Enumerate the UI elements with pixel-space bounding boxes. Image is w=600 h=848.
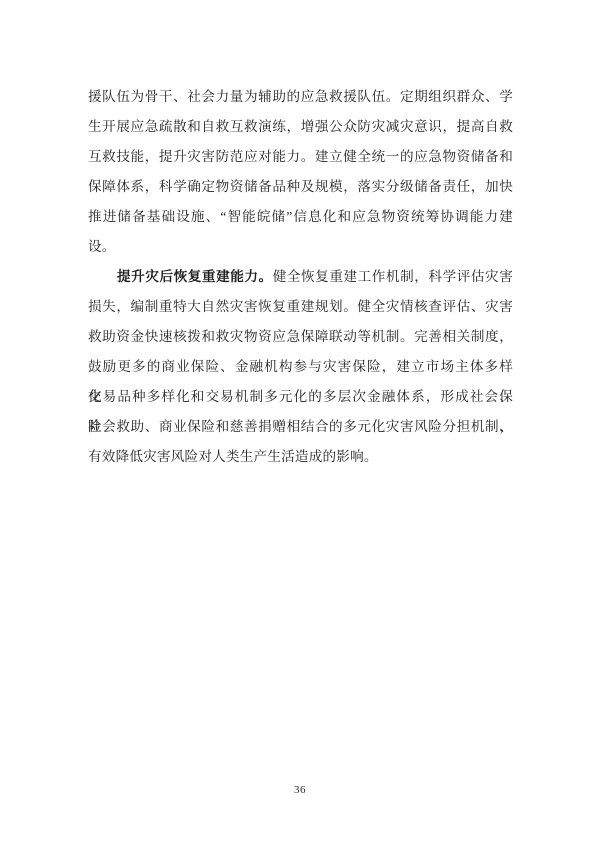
document-page: 援队伍为骨干、社会力量为辅助的应急救援队伍。定期组织群众、学 生开展应急疏散和自… (0, 0, 600, 848)
page-number: 36 (0, 784, 600, 796)
paragraph-bold-lead: 提升灾后恢复重建能力。 (117, 269, 273, 284)
text-line: 生开展应急疏散和自救互救演练，增强公众防灾减灾意识，提高自救 (88, 112, 513, 142)
text-line: 交易品种多样化和交易机制多元化的多层次金融体系，形成社会保险、 (88, 382, 513, 412)
text-line: 有效降低灾害风险对人类生产生活造成的影响。 (88, 442, 513, 472)
body-text: 援队伍为骨干、社会力量为辅助的应急救援队伍。定期组织群众、学 生开展应急疏散和自… (88, 82, 513, 472)
text-line: 互救技能，提升灾害防范应对能力。建立健全统一的应急物资储备和 (88, 142, 513, 172)
text-line: 救助资金快速核拨和救灾物资应急保障联动等机制。完善相关制度， (88, 322, 513, 352)
text-line: 设。 (88, 232, 513, 262)
text-line: 援队伍为骨干、社会力量为辅助的应急救援队伍。定期组织群众、学 (88, 82, 513, 112)
paragraph-recovery-capability: 提升灾后恢复重建能力。健全恢复重建工作机制，科学评估灾害 损失，编制重特大自然灾… (88, 262, 513, 472)
paragraph-continuation: 援队伍为骨干、社会力量为辅助的应急救援队伍。定期组织群众、学 生开展应急疏散和自… (88, 82, 513, 262)
text-line: 推进储备基础设施、“智能皖储”信息化和应急物资统筹协调能力建 (88, 202, 513, 232)
text-line: 保障体系，科学确定物资储备品种及规模，落实分级储备责任，加快 (88, 172, 513, 202)
text-line: 鼓励更多的商业保险、金融机构参与灾害保险，建立市场主体多样化、 (88, 352, 513, 382)
text-run: 健全恢复重建工作机制，科学评估灾害 (273, 269, 513, 284)
text-line: 提升灾后恢复重建能力。健全恢复重建工作机制，科学评估灾害 (88, 262, 513, 292)
text-line: 损失，编制重特大自然灾害恢复重建规划。健全灾情核查评估、灾害 (88, 292, 513, 322)
text-line: 社会救助、商业保险和慈善捐赠相结合的多元化灾害风险分担机制， (88, 412, 513, 442)
